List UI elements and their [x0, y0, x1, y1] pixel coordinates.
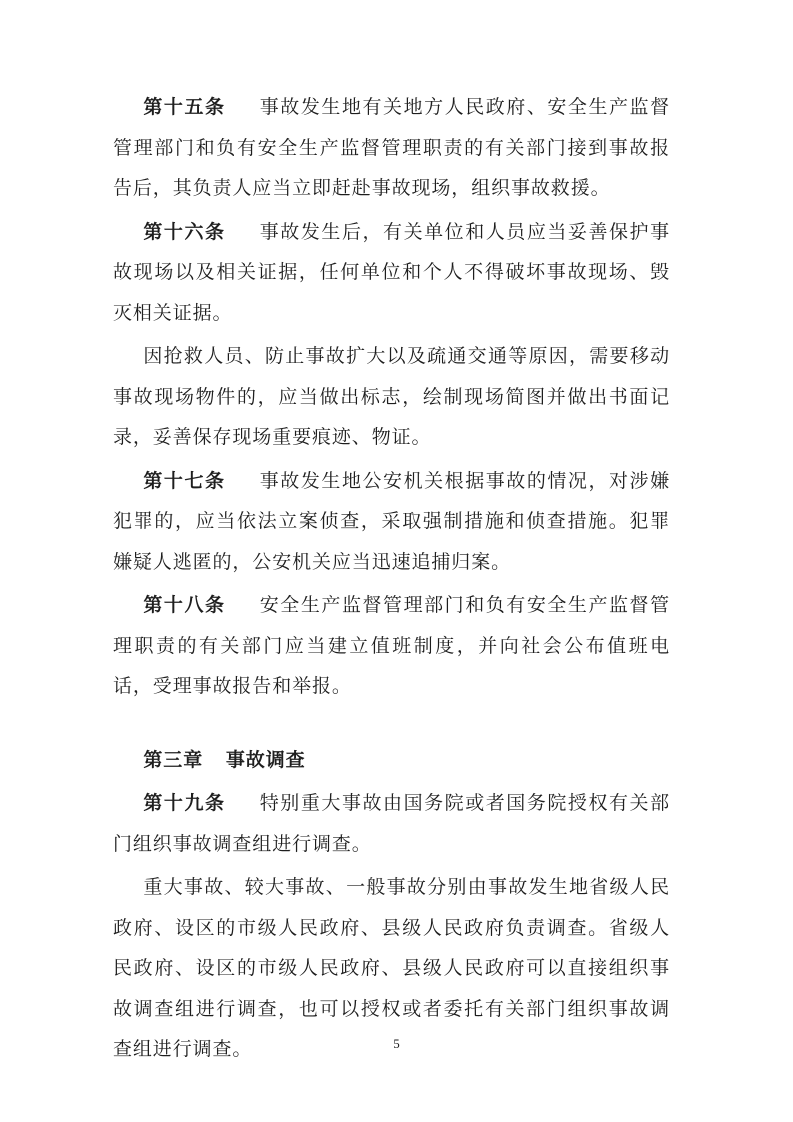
body-paragraph: 因抢救人员、防止事故扩大以及疏通交通等原因，需要移动事故现场物件的，应当做出标志… [113, 337, 670, 459]
article-paragraph: 第十六条事故发生后，有关单位和人员应当妥善保护事故现场以及相关证据，任何单位和个… [113, 213, 670, 335]
chapter-number: 第三章 [143, 750, 203, 771]
article-paragraph: 第十八条安全生产监督管理部门和负有安全生产监督管理职责的有关部门应当建立值班制度… [113, 586, 670, 708]
article-paragraph: 第十九条特别重大事故由国务院或者国务院授权有关部门组织事故调查组进行调查。 [113, 784, 670, 865]
document-body: 第十五条事故发生地有关地方人民政府、安全生产监督管理部门和负有安全生产监督管理职… [113, 88, 670, 1074]
document-page: 第十五条事故发生地有关地方人民政府、安全生产监督管理部门和负有安全生产监督管理职… [0, 0, 793, 1122]
article-number: 第十五条 [143, 97, 225, 118]
page-number: 5 [0, 1036, 793, 1052]
article-paragraph: 第十七条事故发生地公安机关根据事故的情况，对涉嫌犯罪的，应当依法立案侦查，采取强… [113, 462, 670, 584]
article-number: 第十九条 [143, 793, 225, 814]
paragraph-text: 重大事故、较大事故、一般事故分别由事故发生地省级人民政府、设区的市级人民政府、县… [113, 877, 670, 1060]
chapter-heading: 第三章事故调查 [113, 741, 670, 782]
paragraph-text: 因抢救人员、防止事故扩大以及疏通交通等原因，需要移动事故现场物件的，应当做出标志… [113, 346, 670, 448]
article-number: 第十六条 [143, 222, 225, 243]
article-number: 第十七条 [143, 471, 225, 492]
chapter-title: 事故调查 [226, 750, 306, 771]
article-number: 第十八条 [143, 595, 225, 616]
article-paragraph: 第十五条事故发生地有关地方人民政府、安全生产监督管理部门和负有安全生产监督管理职… [113, 88, 670, 210]
